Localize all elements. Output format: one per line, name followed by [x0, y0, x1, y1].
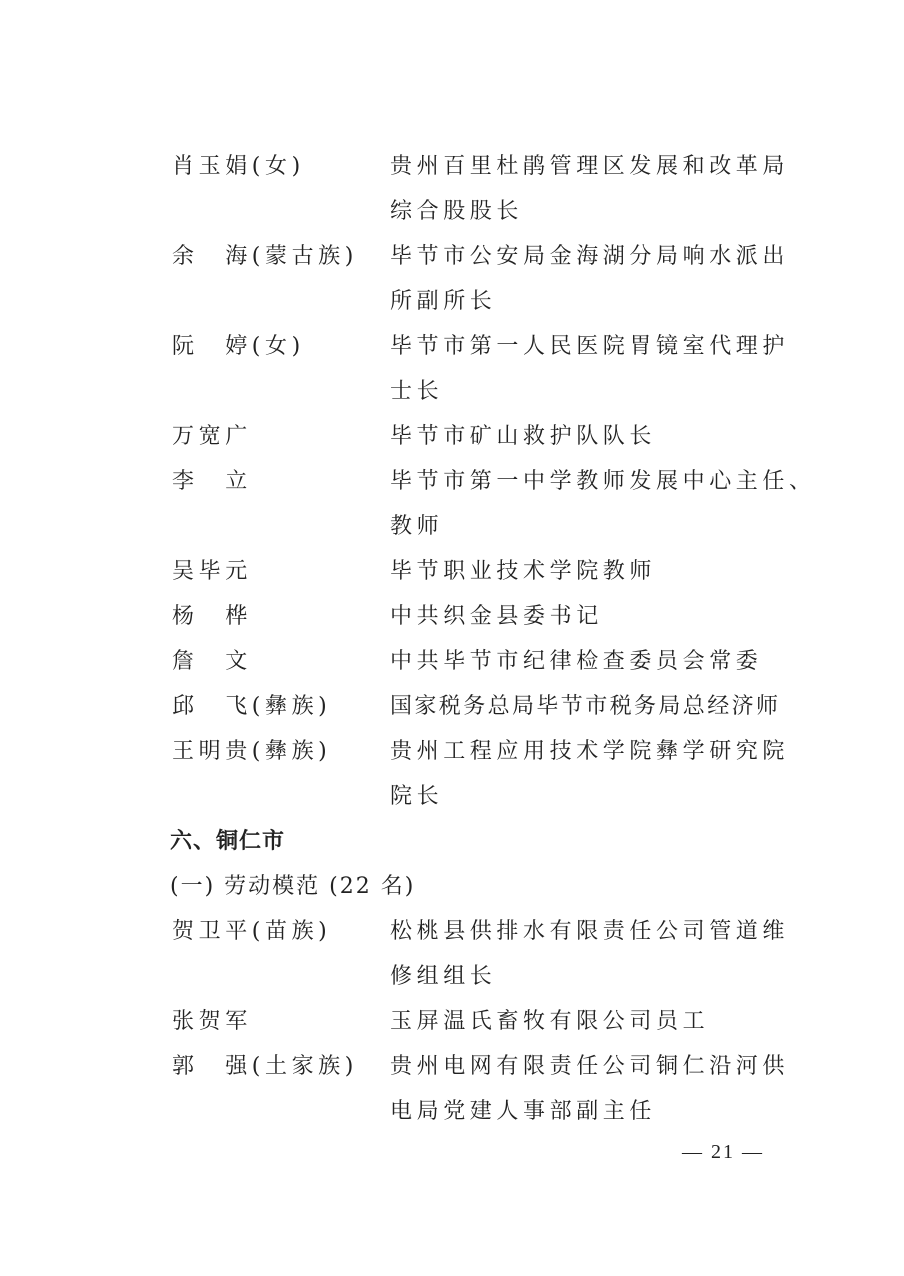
- entry-desc: 所副所长: [390, 287, 496, 317]
- entry-desc: 士长: [390, 377, 443, 407]
- entry-desc: 综合股股长: [390, 197, 523, 227]
- entry-desc: 毕节职业技术学院教师: [390, 557, 656, 587]
- entry-name: 吴毕元: [172, 557, 252, 587]
- entry-name: 邱 飞(彝族): [172, 692, 331, 722]
- page-number: — 21 —: [682, 1137, 764, 1167]
- entry-desc: 教师: [390, 512, 443, 542]
- document-page: 肖玉娟(女) 贵州百里杜鹃管理区发展和改革局 综合股股长 余 海(蒙古族) 毕节…: [0, 0, 904, 1276]
- entry-desc: 毕节市矿山救护队队长: [390, 422, 656, 452]
- entry-desc: 玉屏温氏畜牧有限公司员工: [390, 1007, 709, 1037]
- entry-desc: 中共毕节市纪律检查委员会常委: [390, 647, 762, 677]
- entry-desc: 贵州工程应用技术学院彝学研究院: [390, 737, 789, 767]
- entry-name: 杨 桦: [172, 602, 252, 632]
- entry-desc: 贵州电网有限责任公司铜仁沿河供: [390, 1052, 789, 1082]
- entry-desc: 松桃县供排水有限责任公司管道维: [390, 917, 789, 947]
- entry-name: 万宽广: [172, 422, 252, 452]
- entry-name: 王明贵(彝族): [172, 737, 331, 767]
- section-heading: 六、铜仁市: [170, 827, 285, 857]
- entry-name: 詹 文: [172, 647, 252, 677]
- entry-desc: 毕节市公安局金海湖分局响水派出: [390, 242, 789, 272]
- entry-desc: 贵州百里杜鹃管理区发展和改革局: [390, 152, 789, 182]
- entry-name: 阮 婷(女): [172, 332, 305, 362]
- entry-name: 肖玉娟(女): [172, 152, 305, 182]
- entry-desc: 修组组长: [390, 962, 496, 992]
- entry-desc: 院长: [390, 782, 443, 812]
- entry-name: 余 海(蒙古族): [172, 242, 358, 272]
- entry-desc: 电局党建人事部副主任: [390, 1097, 656, 1127]
- entry-desc: 中共织金县委书记: [390, 602, 603, 632]
- entry-name: 李 立: [172, 467, 252, 497]
- entry-name: 贺卫平(苗族): [172, 917, 331, 947]
- section-subheading: (一) 劳动模范 (22 名): [170, 872, 415, 902]
- entry-name: 郭 强(土家族): [172, 1052, 358, 1082]
- entry-name: 张贺军: [172, 1007, 252, 1037]
- entry-desc: 毕节市第一人民医院胃镜室代理护: [390, 332, 789, 362]
- entry-desc: 国家税务总局毕节市税务局总经济师: [390, 692, 780, 722]
- entry-desc: 毕节市第一中学教师发展中心主任、: [390, 467, 816, 497]
